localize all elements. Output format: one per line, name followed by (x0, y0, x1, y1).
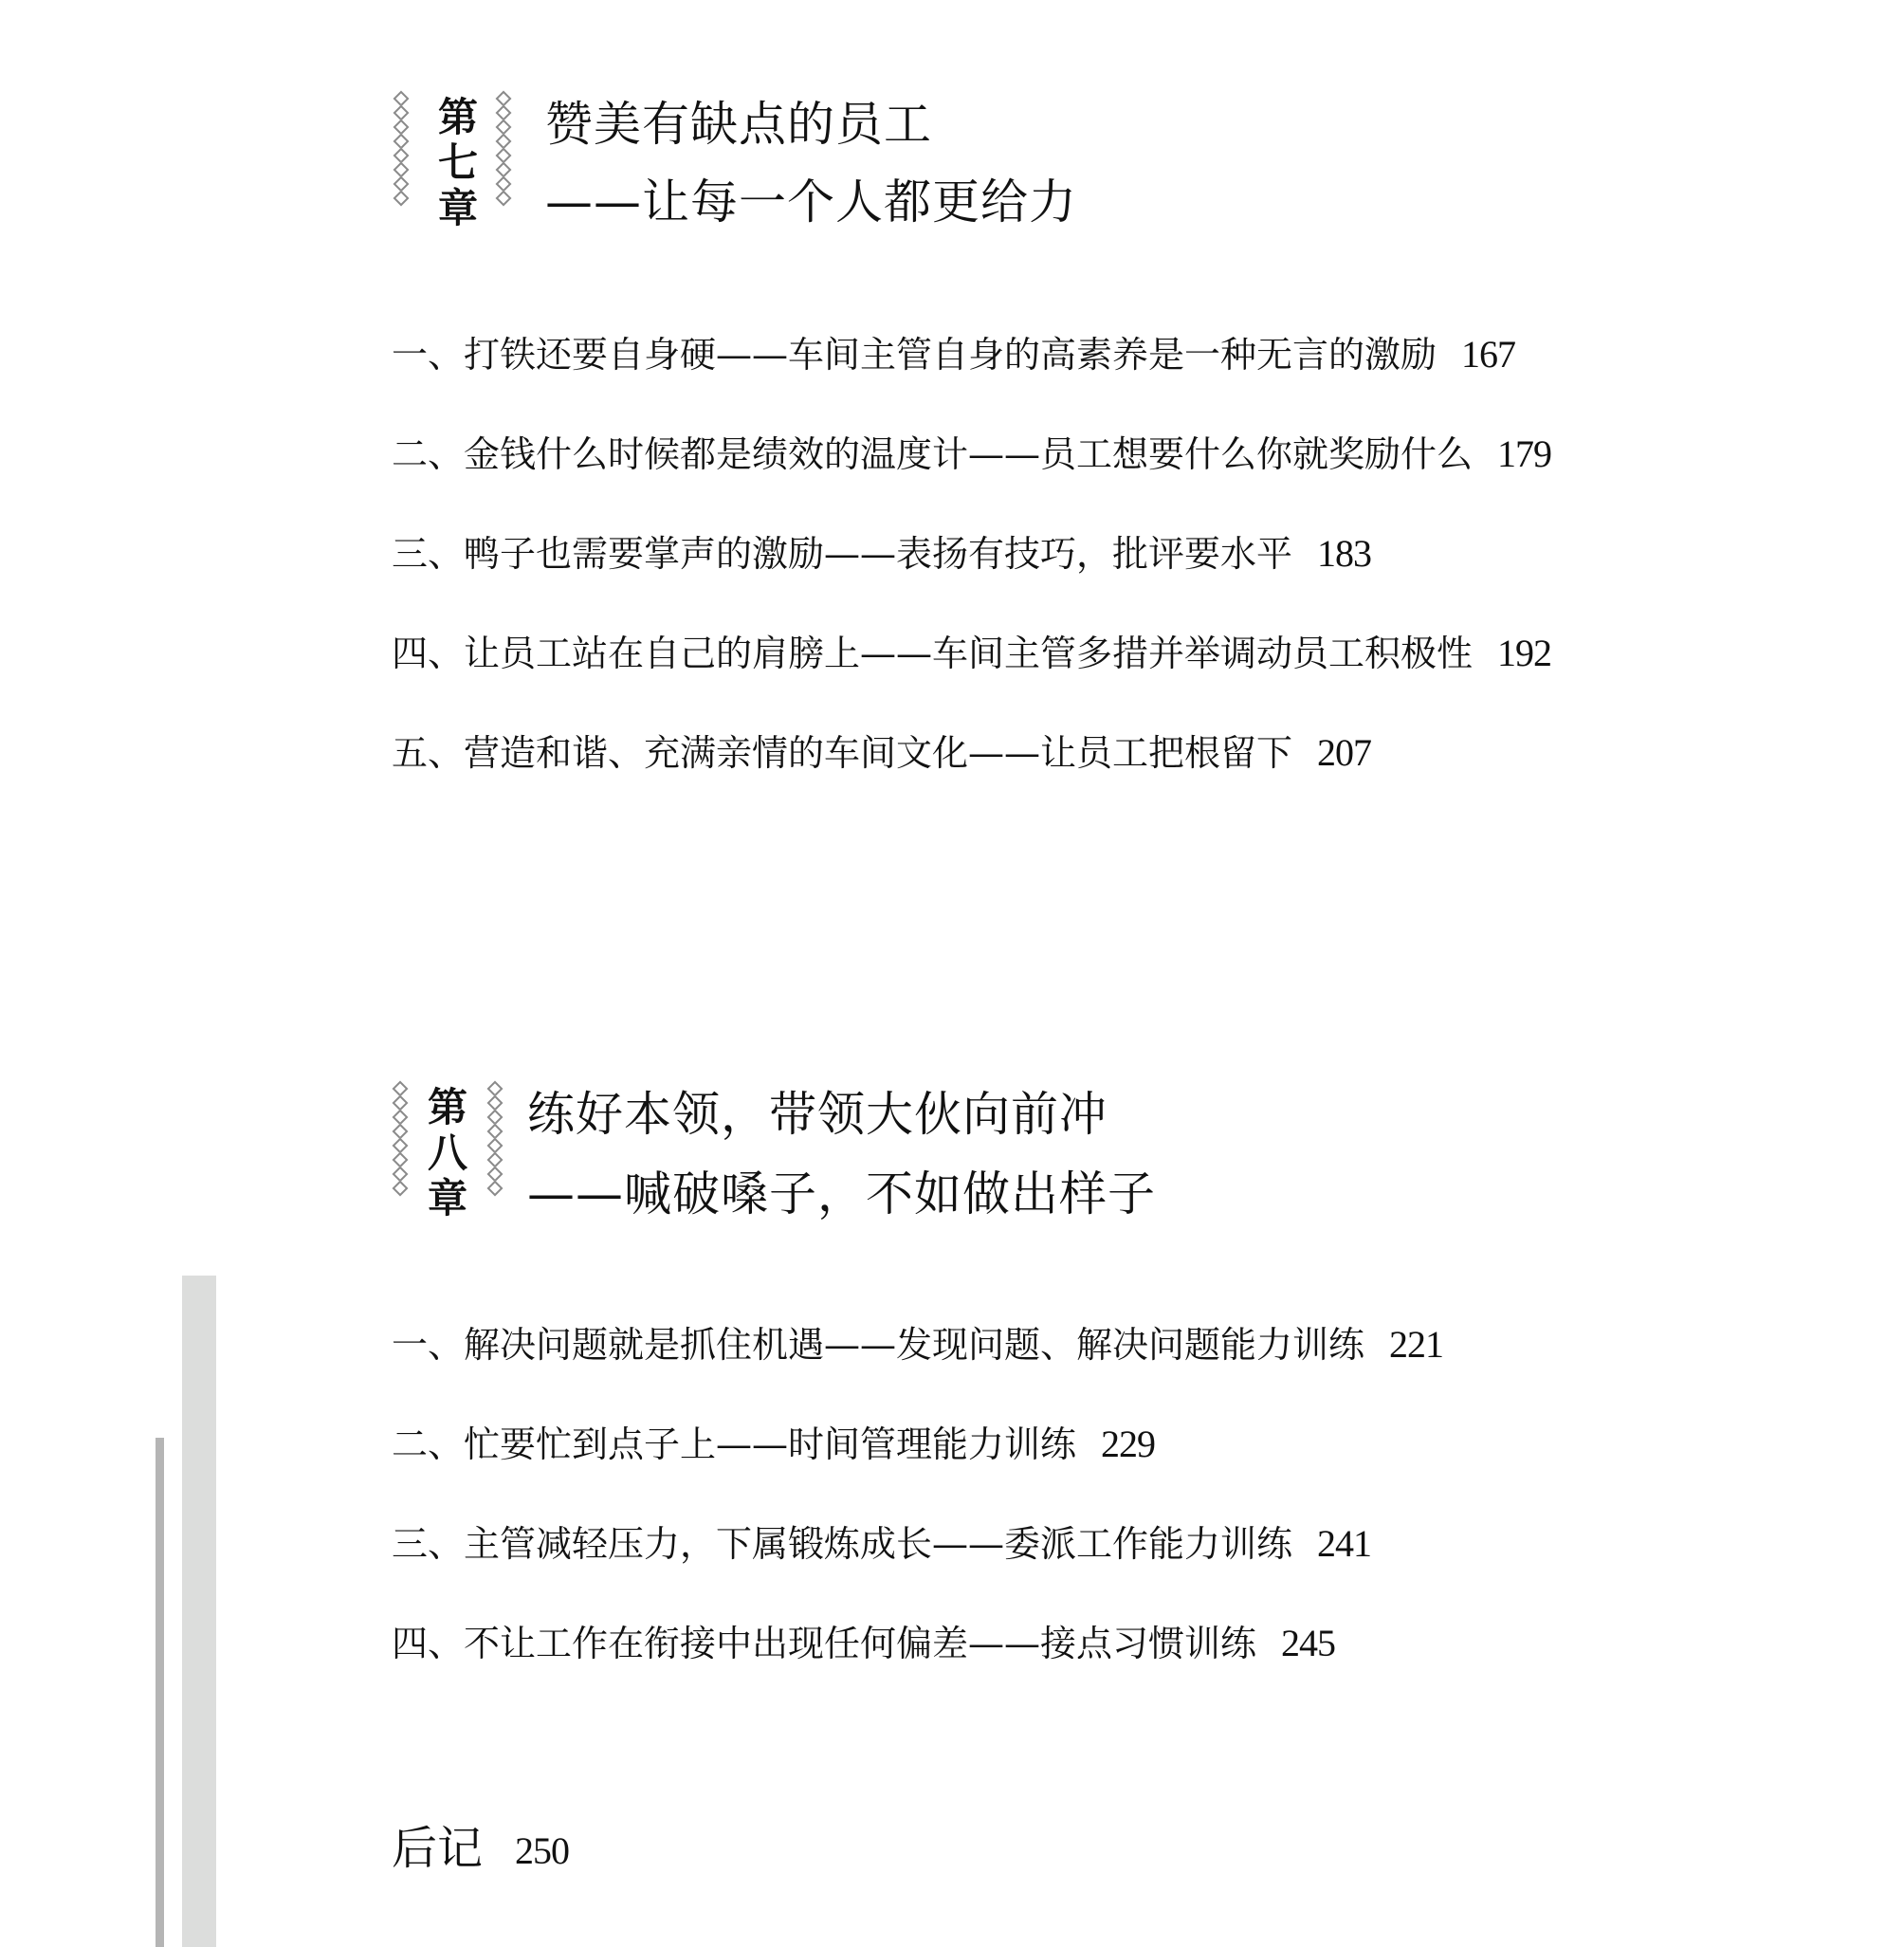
toc-page-number: 207 (1317, 731, 1371, 774)
diamond-icon (393, 1181, 409, 1197)
toc-page-number: 183 (1317, 532, 1371, 575)
chapter-title: 赞美有缺点的员工 (545, 101, 932, 148)
diamond-icon (394, 191, 410, 207)
decorative-bar-light (182, 1276, 216, 1947)
toc-page-number: 250 (515, 1829, 569, 1872)
toc-entry-title: 四、不让工作在衔接中出现任何偏差——接点习惯训练 (392, 1623, 1256, 1664)
chapter-label-char: 七 (435, 140, 481, 186)
afterword-label: 后记 (392, 1822, 483, 1875)
toc-entry[interactable]: 四、让员工站在自己的肩膀上——车间主管多措并举调动员工积极性192 (392, 633, 1551, 674)
chapter-number-label: 第 八 章 (425, 1085, 470, 1221)
toc-entry[interactable]: 一、打铁还要自身硬——车间主管自身的高素养是一种无言的激励167 (392, 334, 1515, 376)
diamond-border-right (486, 1083, 503, 1197)
toc-entry-title: 二、金钱什么时候都是绩效的温度计——员工想要什么你就奖励什么 (392, 433, 1473, 475)
diamond-icon (487, 1181, 503, 1197)
toc-afterword[interactable]: 后记250 (392, 1811, 569, 1877)
toc-page-number: 241 (1317, 1522, 1371, 1565)
toc-page-number: 221 (1389, 1323, 1443, 1366)
diamond-icon (496, 191, 512, 207)
toc-page-number: 179 (1497, 432, 1551, 475)
toc-entry-title: 三、主管减轻压力，下属锻炼成长——委派工作能力训练 (392, 1523, 1292, 1565)
toc-entry[interactable]: 五、营造和谐、充满亲情的车间文化——让员工把根留下207 (392, 732, 1371, 774)
toc-page-number: 245 (1281, 1622, 1335, 1664)
toc-page-number: 167 (1461, 333, 1515, 376)
chapter-label-char: 第 (425, 1085, 470, 1130)
toc-entry-title: 三、鸭子也需要掌声的激励——表扬有技巧，批评要水平 (392, 533, 1292, 575)
toc-entry-title: 一、解决问题就是抓住机遇——发现问题、解决问题能力训练 (392, 1324, 1364, 1366)
toc-page-number: 192 (1497, 632, 1551, 674)
decorative-bar-dark (156, 1438, 164, 1947)
chapter-subtitle: ——让每一个人都更给力 (545, 178, 1077, 226)
toc-entry[interactable]: 三、鸭子也需要掌声的激励——表扬有技巧，批评要水平183 (392, 533, 1371, 575)
toc-entry-title: 一、打铁还要自身硬——车间主管自身的高素养是一种无言的激励 (392, 334, 1437, 376)
toc-entry[interactable]: 二、忙要忙到点子上——时间管理能力训练229 (392, 1424, 1155, 1465)
toc-entry-title: 四、让员工站在自己的肩膀上——车间主管多措并举调动员工积极性 (392, 633, 1473, 674)
toc-entry[interactable]: 二、金钱什么时候都是绩效的温度计——员工想要什么你就奖励什么179 (392, 433, 1551, 475)
chapter-label-char: 章 (425, 1176, 470, 1221)
chapter-label-char: 章 (435, 186, 481, 231)
toc-entry[interactable]: 三、主管减轻压力，下属锻炼成长——委派工作能力训练241 (392, 1523, 1371, 1565)
chapter-title: 练好本领，带领大伙向前冲 (527, 1091, 1108, 1138)
chapter-number-label: 第 七 章 (435, 95, 481, 231)
chapter-subtitle: ——喊破嗓子，不如做出样子 (527, 1170, 1156, 1218)
toc-page-number: 229 (1101, 1423, 1155, 1465)
toc-entry[interactable]: 一、解决问题就是抓住机遇——发现问题、解决问题能力训练221 (392, 1324, 1443, 1366)
diamond-border-right (495, 93, 512, 207)
diamond-border-left (393, 93, 410, 207)
chapter-label-char: 八 (425, 1130, 470, 1176)
toc-entry[interactable]: 四、不让工作在衔接中出现任何偏差——接点习惯训练245 (392, 1623, 1335, 1664)
toc-entry-title: 二、忙要忙到点子上——时间管理能力训练 (392, 1424, 1076, 1465)
diamond-border-left (392, 1083, 409, 1197)
chapter-label-char: 第 (435, 95, 481, 140)
toc-entry-title: 五、营造和谐、充满亲情的车间文化——让员工把根留下 (392, 732, 1292, 774)
